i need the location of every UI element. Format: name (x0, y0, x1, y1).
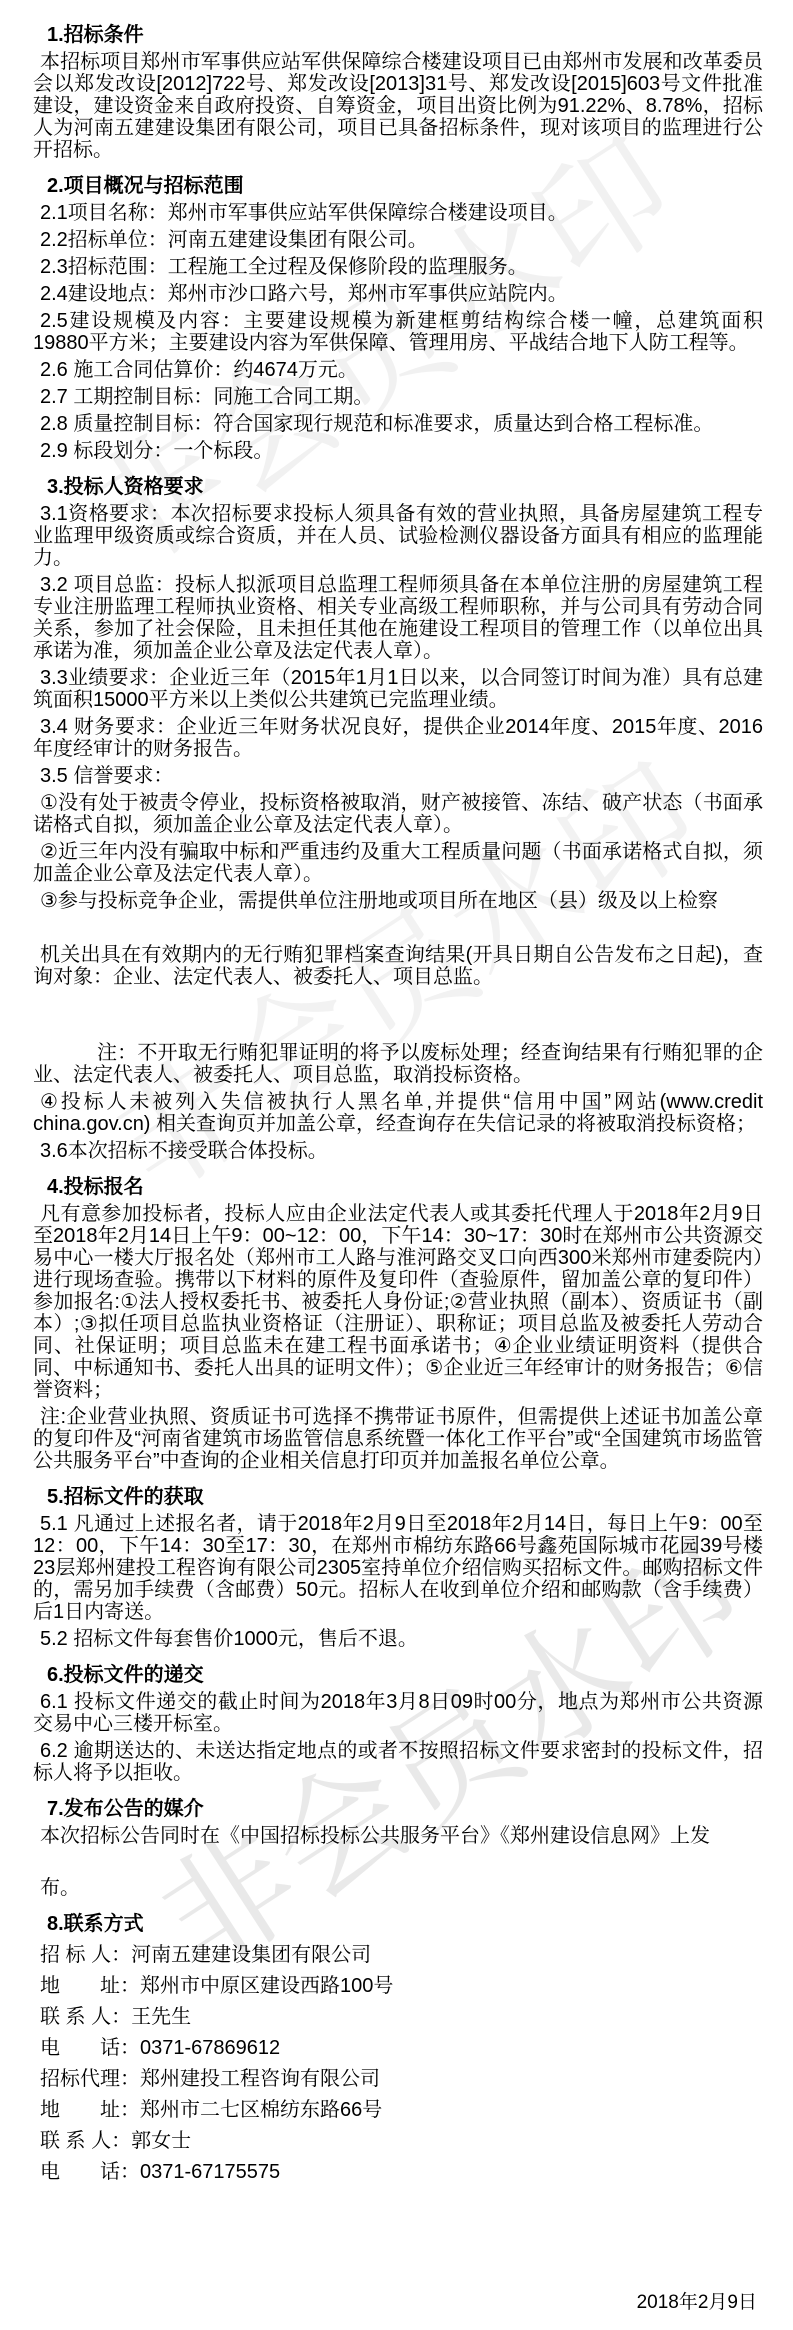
construction-site-item: 2.4建设地点：郑州市沙口路六号，郑州市军事供应站院内。 (33, 283, 763, 305)
credit-item-2: ②近三年内没有骗取中标和严重违约及重大工程质量问题（书面承诺格式自拟，须加盖企业… (33, 841, 763, 885)
no-consortium-item: 3.6本次招标不接受联合体投标。 (33, 1140, 763, 1162)
tender-scope-item: 2.3招标范围：工程施工全过程及保修阶段的监理服务。 (33, 256, 763, 278)
agency-name-line: 招标代理：郑州建投工程咨询有限公司 (33, 2068, 763, 2090)
agency-address-line: 地 址：郑州市二七区棉纺东路66号 (33, 2099, 763, 2121)
contract-estimate-item: 2.6 施工合同估算价：约4674万元。 (33, 359, 763, 381)
chief-supervisor-item: 3.2 项目总监：投标人拟派项目总监理工程师须具备在本单位注册的房屋建筑工程专业… (33, 574, 763, 662)
submission-rejection-item: 6.2 逾期送达的、未送达指定地点的或者不按照招标文件要求密封的投标文件，招标人… (33, 1740, 763, 1784)
credit-item-3-line1: ③参与投标竞争企业，需提供单位注册地或项目所在地区（县）级及以上检察 (33, 890, 763, 912)
qualification-requirement-item: 3.1资格要求：本次招标要求投标人须具备有效的营业执照，具备房屋建筑工程专业监理… (33, 503, 763, 569)
heading-announcement-media: 7.发布公告的媒介 (47, 1798, 763, 1820)
quality-target-item: 2.8 质量控制目标：符合国家现行规范和标准要求，质量达到合格工程标准。 (33, 413, 763, 435)
document-content: 1.招标条件 本招标项目郑州市军事供应站军供保障综合楼建设项目已由郑州市发展和改… (0, 0, 793, 2183)
agency-contact-person-line: 联 系 人：郭女士 (33, 2130, 763, 2152)
tendering-unit-item: 2.2招标单位：河南五建建设集团有限公司。 (33, 229, 763, 251)
credit-note: 注：不开取无行贿犯罪证明的将予以废标处理；经查询结果有行贿犯罪的企业、法定代表人… (33, 1042, 763, 1086)
credit-requirement-item: 3.5 信誉要求： (33, 765, 763, 787)
tender-conditions-paragraph: 本招标项目郑州市军事供应站军供保障综合楼建设项目已由郑州市发展和改革委员会以郑发… (33, 51, 763, 161)
heading-bid-submission: 6.投标文件的递交 (47, 1664, 763, 1686)
construction-scale-item: 2.5建设规模及内容：主要建设规模为新建框剪结构综合楼一幢，总建筑面积19880… (33, 310, 763, 354)
tenderer-contact-person-line: 联 系 人：王先生 (33, 2006, 763, 2028)
registration-note: 注:企业营业执照、资质证书可选择不携带证书原件，但需提供上述证书加盖公章的复印件… (33, 1406, 763, 1472)
heading-bidder-qualification: 3.投标人资格要求 (47, 476, 763, 498)
credit-item-1: ①没有处于被责令停业，投标资格被取消，财产被接管、冻结、破产状态（书面承诺格式自… (33, 792, 763, 836)
tenderer-phone-line: 电 话：0371-67869612 (33, 2037, 763, 2059)
submission-deadline-item: 6.1 投标文件递交的截止时间为2018年3月8日09时00分，地点为郑州市公共… (33, 1691, 763, 1735)
heading-tender-conditions: 1.招标条件 (47, 24, 763, 46)
announcement-media-line1: 本次招标公告同时在《中国招标投标公共服务平台》《郑州建设信息网》上发 (33, 1825, 763, 1847)
heading-bid-registration: 4.投标报名 (47, 1176, 763, 1198)
heading-contact-info: 8.联系方式 (47, 1913, 763, 1935)
document-acquisition-paragraph: 5.1 凡通过上述报名者，请于2018年2月9日至2018年2月14日，每日上午… (33, 1513, 763, 1623)
credit-item-4: ④投标人未被列入失信被执行人黑名单,并提供“信用中国”网站(www.credit… (33, 1091, 763, 1135)
performance-requirement-item: 3.3业绩要求：企业近三年（2015年1月1日以来，以合同签订时间为准）具有总建… (33, 667, 763, 711)
document-price-item: 5.2 招标文件每套售价1000元，售后不退。 (33, 1628, 763, 1650)
project-name-item: 2.1项目名称：郑州市军事供应站军供保障综合楼建设项目。 (33, 202, 763, 224)
tenderer-address-line: 地 址：郑州市中原区建设西路100号 (33, 1975, 763, 1997)
document-page: 非会员水印 非会员水印 非会员水印 1.招标条件 本招标项目郑州市军事供应站军供… (0, 0, 793, 2330)
financial-requirement-item: 3.4 财务要求：企业近三年财务状况良好，提供企业2014年度、2015年度、2… (33, 716, 763, 760)
tenderer-name-line: 招 标 人：河南五建建设集团有限公司 (33, 1944, 763, 1966)
heading-project-overview: 2.项目概况与招标范围 (47, 175, 763, 197)
bid-section-item: 2.9 标段划分：一个标段。 (33, 440, 763, 462)
credit-item-3-line2: 机关出具在有效期内的无行贿犯罪档案查询结果(开具日期自公告发布之日起)，查询对象… (33, 944, 763, 988)
announcement-media-line2: 布。 (33, 1877, 763, 1899)
schedule-target-item: 2.7 工期控制目标：同施工合同工期。 (33, 386, 763, 408)
registration-paragraph: 凡有意参加投标者，投标人应由企业法定代表人或其委托代理人于2018年2月9日至2… (33, 1203, 763, 1401)
announcement-date: 2018年2月9日 (637, 2287, 757, 2314)
heading-document-acquisition: 5.招标文件的获取 (47, 1486, 763, 1508)
agency-phone-line: 电 话：0371-67175575 (33, 2161, 763, 2183)
